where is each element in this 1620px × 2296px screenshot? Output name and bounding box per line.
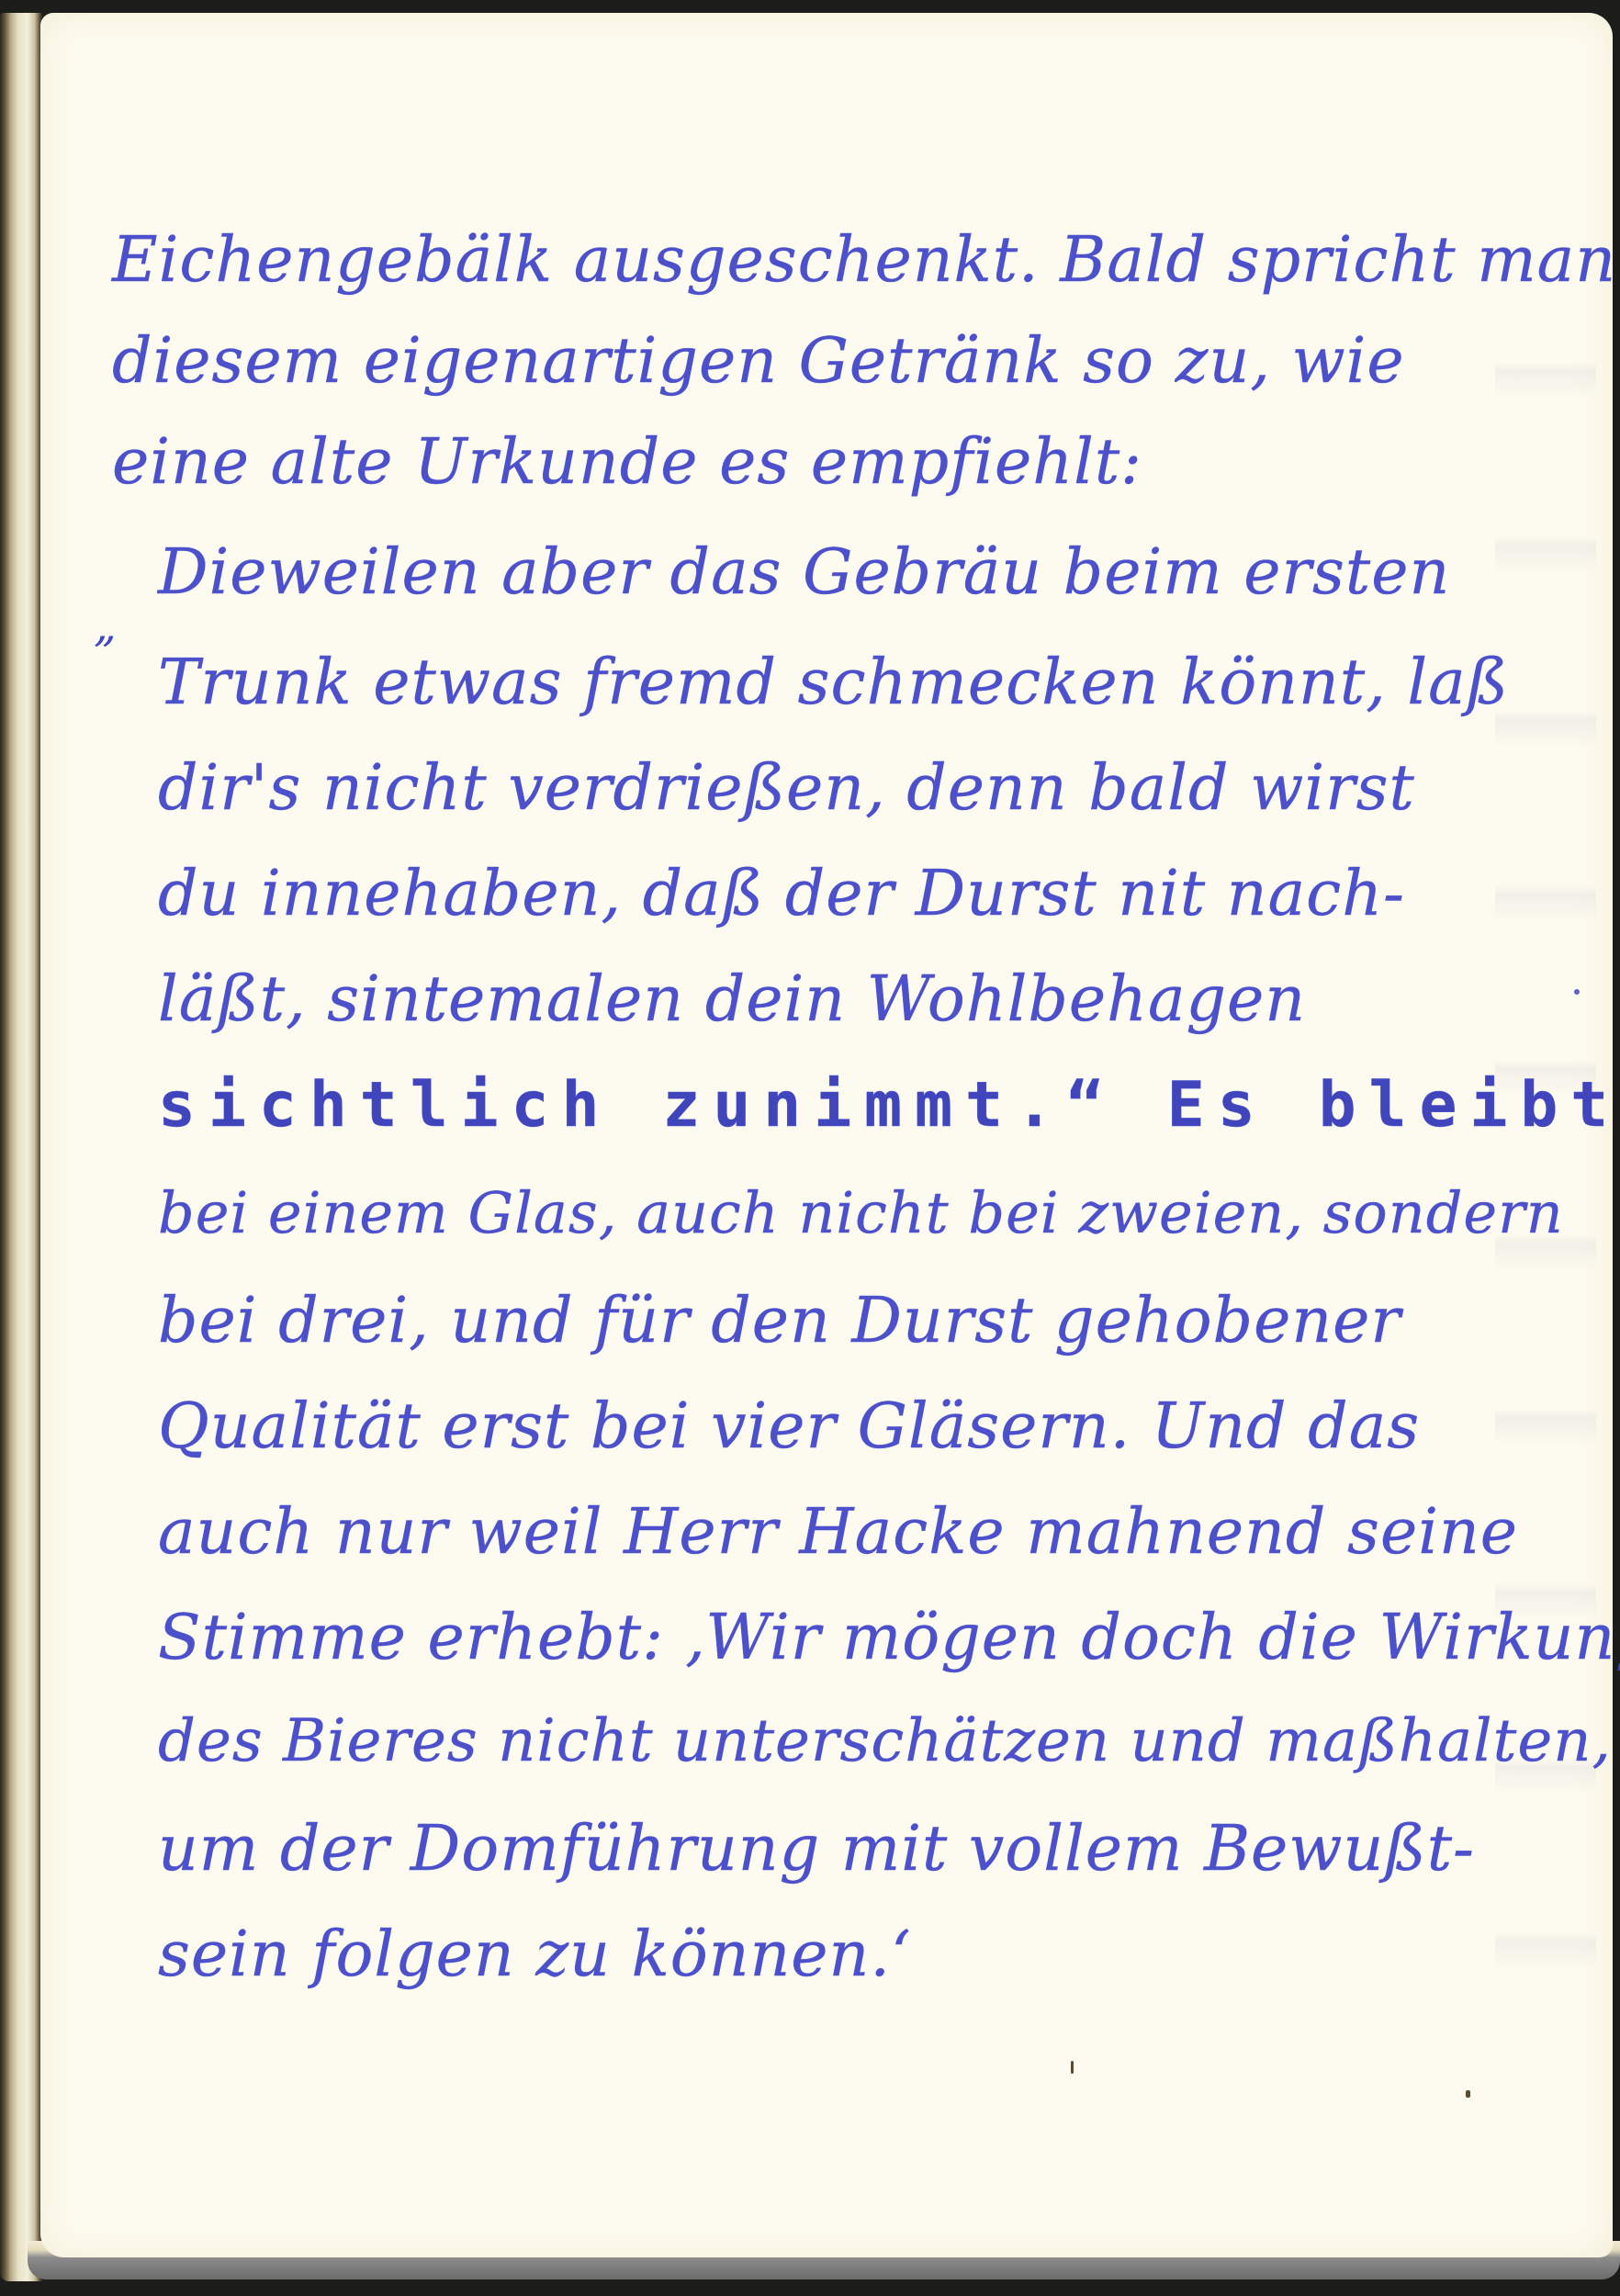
paper-speck <box>1466 2090 1470 2098</box>
handwritten-line-11: bei drei, und für den Durst gehobener <box>158 1285 1401 1357</box>
handwritten-line-15: des Bieres nicht unterschätzen und maßha… <box>158 1707 1612 1775</box>
handwritten-line-12: Qualität erst bei vier Gläsern. Und das <box>158 1390 1420 1463</box>
handwritten-line-17: sein folgen zu können.‘ <box>158 1919 912 1991</box>
scanned-notebook-page: „ Eichengebälk ausgeschenkt. Bald sprich… <box>0 0 1620 2296</box>
handwritten-line-7: du innehaben, daß der Durst nit nach- <box>158 858 1405 930</box>
ink-dot <box>1574 989 1580 995</box>
handwritten-line-4: Dieweilen aber das Gebräu beim ersten <box>158 536 1450 609</box>
handwritten-line-2: diesem eigenartigen Getränk so zu, wie <box>112 325 1405 398</box>
handwritten-line-5: Trunk etwas fremd schmecken könnt, laß <box>158 647 1509 719</box>
handwritten-line-6: dir's nicht verdrießen, denn bald wirst <box>158 752 1415 825</box>
paper-speck <box>1071 2061 1074 2074</box>
notebook-binding-edge <box>0 13 42 2281</box>
handwritten-line-9: sichtlich zunimmt.“ Es bleibt nicht <box>158 1069 1620 1142</box>
handwritten-line-3: eine alte Urkunde es empfiehlt: <box>112 426 1142 499</box>
handwritten-line-10: bei einem Glas, auch nicht bei zweien, s… <box>158 1179 1564 1246</box>
handwritten-line-1: Eichengebälk ausgeschenkt. Bald spricht … <box>112 224 1616 297</box>
handwritten-line-14: Stimme erhebt: ‚Wir mögen doch die Wirku… <box>158 1602 1620 1674</box>
handwritten-line-13: auch nur weil Herr Hacke mahnend seine <box>158 1496 1518 1569</box>
opening-quote-mark: „ <box>94 601 117 652</box>
handwritten-line-16: um der Domführung mit vollem Bewußt- <box>158 1813 1475 1885</box>
notebook-page: „ Eichengebälk ausgeschenkt. Bald sprich… <box>40 13 1613 2257</box>
handwritten-line-8: läßt, sintemalen dein Wohlbehagen <box>158 963 1306 1036</box>
